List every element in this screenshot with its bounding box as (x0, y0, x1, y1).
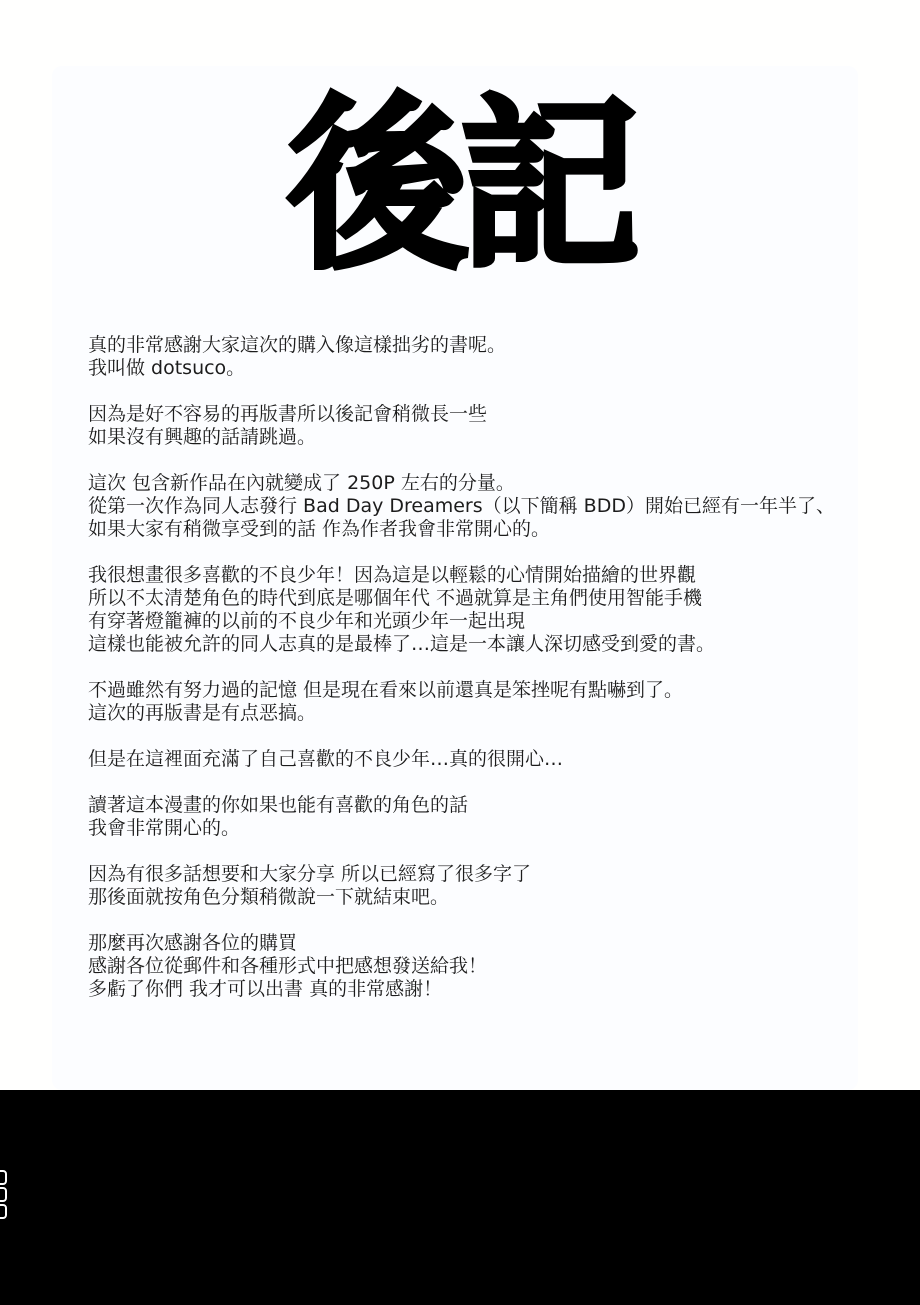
text-line: 從第一次作為同人志發行 Bad Day Dreamers（以下簡稱 BDD）開始… (88, 495, 880, 518)
text-line: 因為是好不容易的再版書所以後記會稍微長一些 (88, 403, 880, 426)
text-line: 如果沒有興趣的話請跳過。 (88, 426, 880, 449)
text-line: 那麼再次感謝各位的購買 (88, 932, 880, 955)
text-line: 這次的再版書是有点恶搞。 (88, 702, 880, 725)
afterword-text: 真的非常感謝大家這次的購入像這樣拙劣的書呢。我叫做 dotsuco。因為是好不容… (88, 334, 880, 1024)
paragraph: 那麼再次感謝各位的購買感謝各位從郵件和各種形式中把感想發送給我！多虧了你們 我才… (88, 932, 880, 1001)
paragraph: 因為是好不容易的再版書所以後記會稍微長一些如果沒有興趣的話請跳過。 (88, 403, 880, 449)
scanned-afterword-page: 後記 真的非常感謝大家這次的購入像這樣拙劣的書呢。我叫做 dotsuco。因為是… (0, 0, 920, 1305)
paragraph: 但是在這裡面充滿了自己喜歡的不良少年…真的很開心… (88, 748, 880, 771)
page-number-glyph (0, 1187, 7, 1202)
text-line: 我叫做 dotsuco。 (88, 357, 880, 380)
page-number-glyph (0, 1204, 7, 1219)
text-line: 因為有很多話想要和大家分享 所以已經寫了很多字了 (88, 863, 880, 886)
text-line: 多虧了你們 我才可以出書 真的非常感謝！ (88, 978, 880, 1001)
text-line: 我會非常開心的。 (88, 817, 880, 840)
text-line: 我很想畫很多喜歡的不良少年！因為這是以輕鬆的心情開始描繪的世界觀 (88, 564, 880, 587)
text-line: 所以不太清楚角色的時代到底是哪個年代 不過就算是主角們使用智能手機 (88, 587, 880, 610)
text-line: 但是在這裡面充滿了自己喜歡的不良少年…真的很開心… (88, 748, 880, 771)
page-title: 後記 (0, 81, 920, 292)
text-line: 這樣也能被允許的同人志真的是最棒了…這是一本讓人深切感受到愛的書。 (88, 633, 880, 656)
paragraph: 真的非常感謝大家這次的購入像這樣拙劣的書呢。我叫做 dotsuco。 (88, 334, 880, 380)
text-line: 有穿著燈籠褲的以前的不良少年和光頭少年一起出現 (88, 610, 880, 633)
text-line: 真的非常感謝大家這次的購入像這樣拙劣的書呢。 (88, 334, 880, 357)
page-number-glyph (0, 1170, 7, 1185)
text-line: 讀著這本漫畫的你如果也能有喜歡的角色的話 (88, 794, 880, 817)
page-number-fragment (0, 1170, 7, 1219)
paragraph: 這次 包含新作品在內就變成了 250P 左右的分量。從第一次作為同人志發行 Ba… (88, 472, 880, 541)
text-line: 感謝各位從郵件和各種形式中把感想發送給我！ (88, 955, 880, 978)
footer-black-band (0, 1090, 920, 1305)
text-line: 不過雖然有努力過的記憶 但是現在看來以前還真是笨挫呢有點嚇到了。 (88, 679, 880, 702)
paragraph: 我很想畫很多喜歡的不良少年！因為這是以輕鬆的心情開始描繪的世界觀所以不太清楚角色… (88, 564, 880, 656)
paragraph: 讀著這本漫畫的你如果也能有喜歡的角色的話我會非常開心的。 (88, 794, 880, 840)
paragraph: 因為有很多話想要和大家分享 所以已經寫了很多字了那後面就按角色分類稍微說一下就結… (88, 863, 880, 909)
text-line: 那後面就按角色分類稍微說一下就結束吧。 (88, 886, 880, 909)
paragraph: 不過雖然有努力過的記憶 但是現在看來以前還真是笨挫呢有點嚇到了。這次的再版書是有… (88, 679, 880, 725)
text-line: 這次 包含新作品在內就變成了 250P 左右的分量。 (88, 472, 880, 495)
text-line: 如果大家有稍微享受到的話 作為作者我會非常開心的。 (88, 518, 880, 541)
